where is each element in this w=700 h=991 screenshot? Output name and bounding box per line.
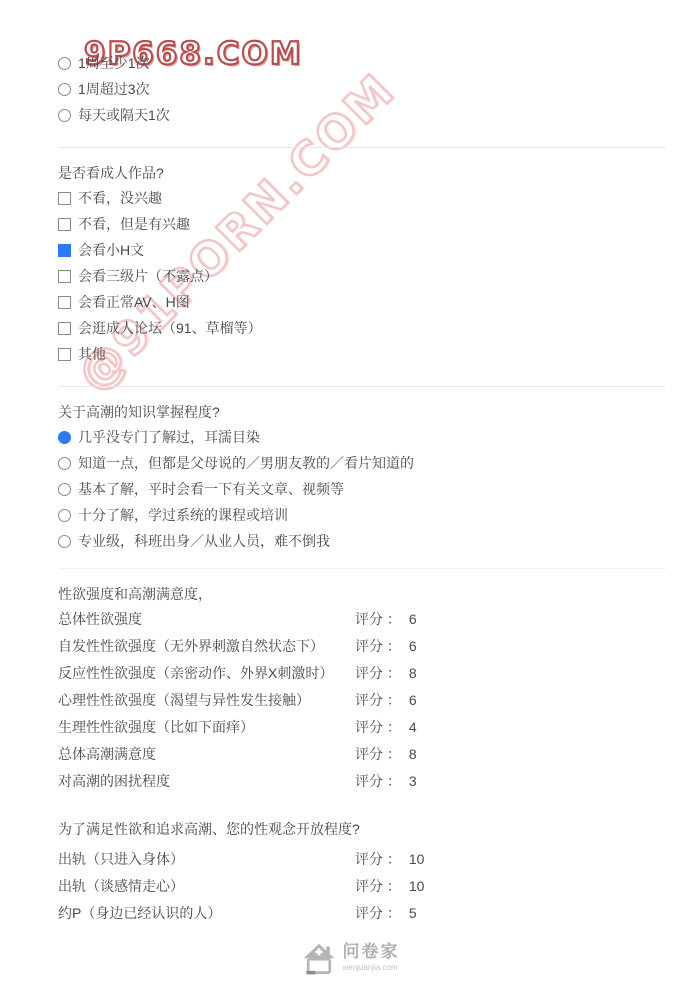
rating-row: 出轨（谈感情走心） 评分 ：10 [58,873,668,900]
rating-score: 评分 ：10 [355,846,424,873]
question-title-desire: 性欲强度和高潮满意度， [58,582,668,606]
score-prefix: 评分 ： [355,611,401,627]
question-title-adult-content: 是否看成人作品? [58,161,668,185]
radio-option-label: 1周至少1次 [78,53,150,73]
rating-row: 心理性性欲强度（渴望与异性发生接触） 评分 ：6 [58,687,668,714]
section-divider [58,147,666,148]
question-title-knowledge: 关于高潮的知识掌握程度? [58,400,668,424]
rating-score: 评分 ：6 [355,633,417,660]
score-prefix: 评分 ： [355,746,401,762]
radio-option-label: 几乎没专门了解过，耳濡目染 [78,427,260,447]
rating-score: 评分 ：3 [355,768,417,795]
checkbox-option-row[interactable]: 不看，没兴趣 [58,185,668,211]
checkbox-option-row[interactable]: 会逛成人论坛（91、草榴等） [58,315,668,341]
score-prefix: 评分 ： [355,692,401,708]
checkbox-icon-checked[interactable] [58,244,71,257]
rating-label: 出轨（只进入身体） [58,846,184,873]
rating-row: 总体高潮满意度 评分 ：8 [58,741,668,768]
radio-option-label: 专业级，科班出身／从业人员，难不倒我 [78,531,330,551]
radio-button-icon[interactable] [58,109,71,122]
section-divider [58,386,666,387]
checkbox-option-row[interactable]: 不看，但是有兴趣 [58,211,668,237]
rating-label: 总体性欲强度 [58,606,142,633]
rating-row: 约P（身边已经认识的人） 评分 ：5 [58,900,668,927]
rating-score: 评分 ：4 [355,714,417,741]
checkbox-icon[interactable] [58,348,71,361]
radio-button-icon-selected[interactable] [58,431,71,444]
frequency-radio-group: 1周至少1次 1周超过3次 每天或隔天1次 [58,50,668,128]
brand-name: 问卷家 [343,941,400,963]
score-prefix: 评分 ： [355,905,401,921]
checkbox-option-label: 会逛成人论坛（91、草榴等） [78,318,262,338]
rating-row: 自发性性欲强度（无外界刺激自然状态下） 评分 ：6 [58,633,668,660]
brand-domain: wenjuanjia.com [343,963,400,973]
radio-button-icon[interactable] [58,457,71,470]
rating-label: 约P（身边已经认识的人） [58,900,221,927]
score-prefix: 评分 ： [355,665,401,681]
checkbox-option-label: 会看正常AV、H图 [78,292,190,312]
score-value: 6 [409,638,417,654]
score-value: 6 [409,611,417,627]
checkbox-option-label: 其他 [78,344,106,364]
score-prefix: 评分 ： [355,719,401,735]
score-prefix: 评分 ： [355,851,401,867]
checkbox-icon[interactable] [58,192,71,205]
rating-score: 评分 ：10 [355,873,424,900]
rating-score: 评分 ：8 [355,741,417,768]
radio-button-icon[interactable] [58,535,71,548]
question-title-openness: 为了满足性欲和追求高潮、您的性观念开放程度? [58,819,488,840]
radio-button-icon[interactable] [58,57,71,70]
score-value: 3 [409,773,417,789]
footer-brand-logo[interactable]: 问卷家 wenjuanjia.com [0,941,700,979]
openness-rating-list: 出轨（只进入身体） 评分 ：10 出轨（谈感情走心） 评分 ：10 约P（身边已… [58,846,668,927]
checkbox-icon[interactable] [58,270,71,283]
knowledge-radio-group: 几乎没专门了解过，耳濡目染 知道一点，但都是父母说的／男朋友教的／看片知道的 基… [58,424,668,554]
rating-label: 总体高潮满意度 [58,741,156,768]
radio-option-row[interactable]: 基本了解，平时会看一下有关文章、视频等 [58,476,668,502]
checkbox-icon[interactable] [58,322,71,335]
rating-score: 评分 ：6 [355,687,417,714]
checkbox-option-row[interactable]: 会看三级片（不露点） [58,263,668,289]
checkbox-icon[interactable] [58,218,71,231]
checkbox-option-label: 不看，但是有兴趣 [78,214,190,234]
rating-label: 心理性性欲强度（渴望与异性发生接触） [58,687,310,714]
rating-label: 反应性性欲强度（亲密动作、外界X刺激时） [58,660,333,687]
rating-row: 生理性性欲强度（比如下面痒） 评分 ：4 [58,714,668,741]
score-value: 6 [409,692,417,708]
rating-label: 自发性性欲强度（无外界刺激自然状态下） [58,633,324,660]
rating-score: 评分 ：6 [355,606,417,633]
rating-label: 对高潮的困扰程度 [58,768,170,795]
score-value: 4 [409,719,417,735]
score-prefix: 评分 ： [355,773,401,789]
radio-option-row[interactable]: 1周至少1次 [58,50,668,76]
checkbox-option-row[interactable]: 其他 [58,341,668,367]
score-value: 10 [409,851,425,867]
checkbox-option-label: 不看，没兴趣 [78,188,162,208]
rating-row: 反应性性欲强度（亲密动作、外界X刺激时） 评分 ：8 [58,660,668,687]
score-value: 10 [409,878,425,894]
rating-label: 生理性性欲强度（比如下面痒） [58,714,254,741]
rating-label: 出轨（谈感情走心） [58,873,184,900]
radio-option-label: 每天或隔天1次 [78,105,170,125]
score-value: 8 [409,665,417,681]
radio-option-label: 知道一点，但都是父母说的／男朋友教的／看片知道的 [78,453,414,473]
radio-option-row[interactable]: 知道一点，但都是父母说的／男朋友教的／看片知道的 [58,450,668,476]
checkbox-option-label: 会看小H文 [78,240,144,260]
radio-option-row[interactable]: 几乎没专门了解过，耳濡目染 [58,424,668,450]
radio-button-icon[interactable] [58,483,71,496]
radio-option-label: 十分了解，学过系统的课程或培训 [78,505,288,525]
rating-score: 评分 ：5 [355,900,417,927]
checkbox-option-row[interactable]: 会看小H文 [58,237,668,263]
checkbox-option-row[interactable]: 会看正常AV、H图 [58,289,668,315]
score-prefix: 评分 ： [355,878,401,894]
rating-row: 出轨（只进入身体） 评分 ：10 [58,846,668,873]
rating-row: 总体性欲强度 评分 ：6 [58,606,668,633]
radio-option-row[interactable]: 专业级，科班出身／从业人员，难不倒我 [58,528,668,554]
radio-button-icon[interactable] [58,83,71,96]
rating-row: 对高潮的困扰程度 评分 ：3 [58,768,668,795]
rating-score: 评分 ：8 [355,660,417,687]
score-value: 8 [409,746,417,762]
section-divider [58,568,666,569]
desire-rating-list: 总体性欲强度 评分 ：6 自发性性欲强度（无外界刺激自然状态下） 评分 ：6 反… [58,606,668,795]
radio-option-row[interactable]: 每天或隔天1次 [58,102,668,128]
radio-option-row[interactable]: 1周超过3次 [58,76,668,102]
score-prefix: 评分 ： [355,638,401,654]
radio-button-icon[interactable] [58,509,71,522]
survey-content: 1周至少1次 1周超过3次 每天或隔天1次 是否看成人作品? 不看，没兴趣 不看… [58,0,668,927]
checkbox-option-label: 会看三级片（不露点） [78,266,218,286]
house-icon [301,941,337,979]
radio-option-label: 1周超过3次 [78,79,150,99]
radio-option-row[interactable]: 十分了解，学过系统的课程或培训 [58,502,668,528]
radio-option-label: 基本了解，平时会看一下有关文章、视频等 [78,479,344,499]
score-value: 5 [409,905,417,921]
adult-content-checkbox-group: 不看，没兴趣 不看，但是有兴趣 会看小H文 会看三级片（不露点） 会看正常AV、… [58,185,668,367]
checkbox-icon[interactable] [58,296,71,309]
